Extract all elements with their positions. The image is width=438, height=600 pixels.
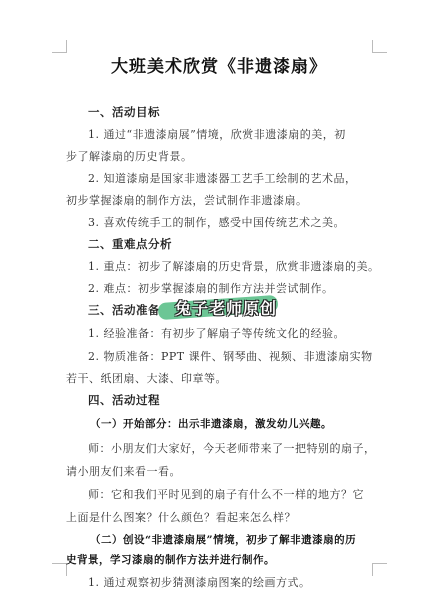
body-line: 1. 重点：初步了解漆扇的历史背景，欣赏非遗漆扇的美。 [88, 258, 380, 274]
body-line: 师：它和我们平时见到的扇子有什么不一样的地方？它 [88, 486, 364, 502]
body-line: 上面是什么图案？什么颜色？看起来怎么样？ [66, 509, 296, 525]
body-line: 2. 难点：初步掌握漆扇的制作方法并尝试制作。 [88, 280, 334, 296]
document-page: 大班美术欣赏《非遗漆扇》 一、活动目标 1. 通过“非遗漆扇展”情境，欣赏非遗漆… [0, 0, 438, 600]
body-line: 1. 通过观察初步猜测漆扇图案的绘画方式。 [88, 574, 311, 590]
body-line: 1. 经验准备：有初步了解扇子等传统文化的经验。 [88, 325, 345, 341]
section-heading: 四、活动过程 [88, 392, 160, 408]
body-line: 请小朋友们来看一看。 [66, 463, 181, 479]
section-heading: 二、重难点分析 [88, 236, 172, 252]
body-line: 2. 物质准备：PPT 课件、钢琴曲、视频、非遗漆扇实物 [88, 348, 373, 364]
body-line: 2. 知道漆扇是国家非遗漆器工艺手工绘制的艺术品， [88, 170, 357, 186]
document-title: 大班美术欣赏《非遗漆扇》 [0, 52, 438, 77]
body-line: 若干、纸团扇、大漆、印章等。 [66, 370, 227, 386]
section-heading: 一、活动目标 [88, 104, 160, 120]
body-line: 1. 通过“非遗漆扇展”情境，欣赏非遗漆扇的美，初 [88, 126, 346, 142]
subsection-heading: （一）开始部分：出示非遗漆扇，激发幼儿兴趣。 [90, 416, 332, 431]
body-line: 3. 喜欢传统手工的制作，感受中国传统艺术之美。 [88, 214, 345, 230]
watermark: 兔子老师原创 [165, 296, 287, 318]
body-line: 师：小朋友们大家好，今天老师带来了一把特别的扇子， [88, 440, 376, 456]
subsection-heading: 史背景，学习漆扇的制作方法并进行制作。 [66, 552, 275, 567]
subsection-heading: （二）创设“非遗漆扇展”情境，初步了解非遗漆扇的历 [90, 532, 356, 547]
body-line: 初步掌握漆扇的制作方法，尝试制作非遗漆扇。 [66, 192, 308, 208]
section-heading: 三、活动准备 [88, 302, 160, 318]
margin-corner-mark [52, 563, 67, 576]
margin-corner-mark [372, 563, 387, 576]
body-line: 步了解漆扇的历史背景。 [66, 148, 193, 164]
